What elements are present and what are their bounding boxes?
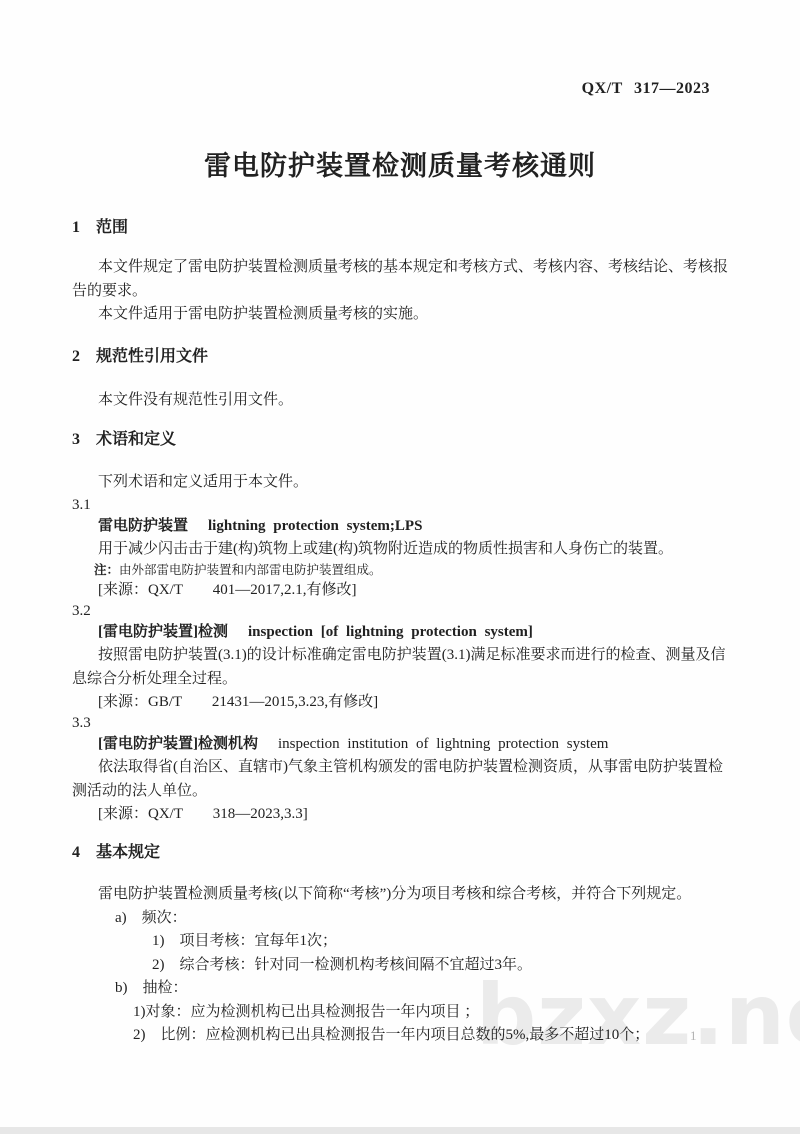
doc-content: 1范围 本文件规定了雷电防护装置检测质量考核的基本规定和考核方式、考核内容、考核…: [72, 218, 728, 1048]
term-3-1-cn: 雷电防护装置: [98, 518, 188, 534]
clause-4-number: 4: [72, 844, 80, 861]
clause-3-number: 3: [72, 431, 80, 448]
term-3-2-source: [来源：GB/T 21431—2015,3.23,有修改]: [72, 691, 728, 713]
term-3-1-en: lightning protection system;LPS: [208, 518, 422, 534]
clause-4-paragraph: 雷电防护装置检测质量考核(以下简称“考核”)分为项目考核和综合考核，并符合下列规…: [72, 883, 728, 907]
document-page: QX/T 317—2023 雷电防护装置检测质量考核通则 1范围 本文件规定了雷…: [0, 0, 800, 1134]
note-label: 注：: [94, 563, 119, 577]
page-bottom-edge: [0, 1127, 800, 1134]
term-3-1: 3.1 雷电防护装置lightning protection system;LP…: [72, 495, 728, 602]
clause-3-intro: 下列术语和定义适用于本文件。: [72, 471, 728, 495]
clause-3-title: 术语和定义: [96, 431, 176, 448]
term-3-1-name: 雷电防护装置lightning protection system;LPS: [72, 515, 728, 538]
clause-2-title: 规范性引用文件: [96, 348, 208, 365]
term-3-3-number: 3.3: [72, 713, 728, 733]
term-3-3-definition: 依法取得省(自治区、直辖市)气象主管机构颁发的雷电防护装置检测资质，从事雷电防护…: [72, 756, 728, 803]
clause-4-title: 基本规定: [96, 844, 160, 861]
term-3-1-note: 注：由外部雷电防护装置和内部雷电防护装置组成。: [72, 561, 728, 579]
term-3-2: 3.2 [雷电防护装置]检测inspection [of lightning p…: [72, 601, 728, 713]
clause-1-paragraph-2: 本文件适用于雷电防护装置检测质量考核的实施。: [72, 303, 728, 327]
list-item-b: b) 抽检：: [115, 977, 728, 1001]
clause-1-paragraph-1: 本文件规定了雷电防护装置检测质量考核的基本规定和考核方式、考核内容、考核结论、考…: [72, 256, 728, 303]
doc-code: QX/T 317—2023: [582, 80, 710, 98]
term-3-2-definition: 按照雷电防护装置(3.1)的设计标准确定雷电防护装置(3.1)满足标准要求而进行…: [72, 644, 728, 691]
clause-2-paragraph: 本文件没有规范性引用文件。: [72, 389, 728, 413]
clause-1-title: 范围: [96, 219, 128, 236]
term-3-2-name: [雷电防护装置]检测inspection [of lightning prote…: [72, 621, 728, 644]
term-3-3-cn: [雷电防护装置]检测机构: [98, 736, 258, 752]
list-item-a: a) 频次：: [115, 907, 728, 931]
clause-2-heading: 2规范性引用文件: [72, 347, 728, 367]
term-3-1-source: [来源：QX/T 401—2017,2.1,有修改]: [72, 579, 728, 601]
list-item-b-2: 2) 比例：应检测机构已出具检测报告一年内项目总数的5%,最多不超过10个；: [133, 1024, 728, 1048]
term-3-3-name: [雷电防护装置]检测机构inspection institution of li…: [72, 733, 728, 756]
term-3-2-number: 3.2: [72, 601, 728, 621]
list-item-b-1: 1)对象：应为检测机构已出具检测报告一年内项目 ；: [133, 1001, 728, 1025]
term-3-3-source: [来源：QX/T 318—2023,3.3]: [72, 803, 728, 825]
clause-4-heading: 4基本规定: [72, 843, 728, 863]
term-3-1-definition: 用于减少闪击击于建(构)筑物上或建(构)筑物附近造成的物质性损害和人身伤亡的装置…: [72, 538, 728, 562]
list-item-a-1: 1) 项目考核：宜每年1次；: [152, 930, 728, 954]
term-3-3: 3.3 [雷电防护装置]检测机构inspection institution o…: [72, 713, 728, 825]
note-text: 由外部雷电防护装置和内部雷电防护装置组成。: [119, 563, 382, 577]
clause-1-number: 1: [72, 219, 80, 236]
doc-title: 雷电防护装置检测质量考核通则: [0, 144, 800, 183]
clause-2-number: 2: [72, 348, 80, 365]
term-3-3-en: inspection institution of lightning prot…: [278, 736, 608, 752]
clause-1-heading: 1范围: [72, 218, 728, 238]
term-3-2-cn: [雷电防护装置]检测: [98, 624, 228, 640]
term-3-2-en: inspection [of lightning protection syst…: [248, 624, 533, 640]
clause-3-heading: 3术语和定义: [72, 430, 728, 450]
list-item-a-2: 2) 综合考核：针对同一检测机构考核间隔不宜超过3年。: [152, 954, 728, 978]
page-number: 1: [690, 1028, 697, 1044]
term-3-1-number: 3.1: [72, 495, 728, 515]
